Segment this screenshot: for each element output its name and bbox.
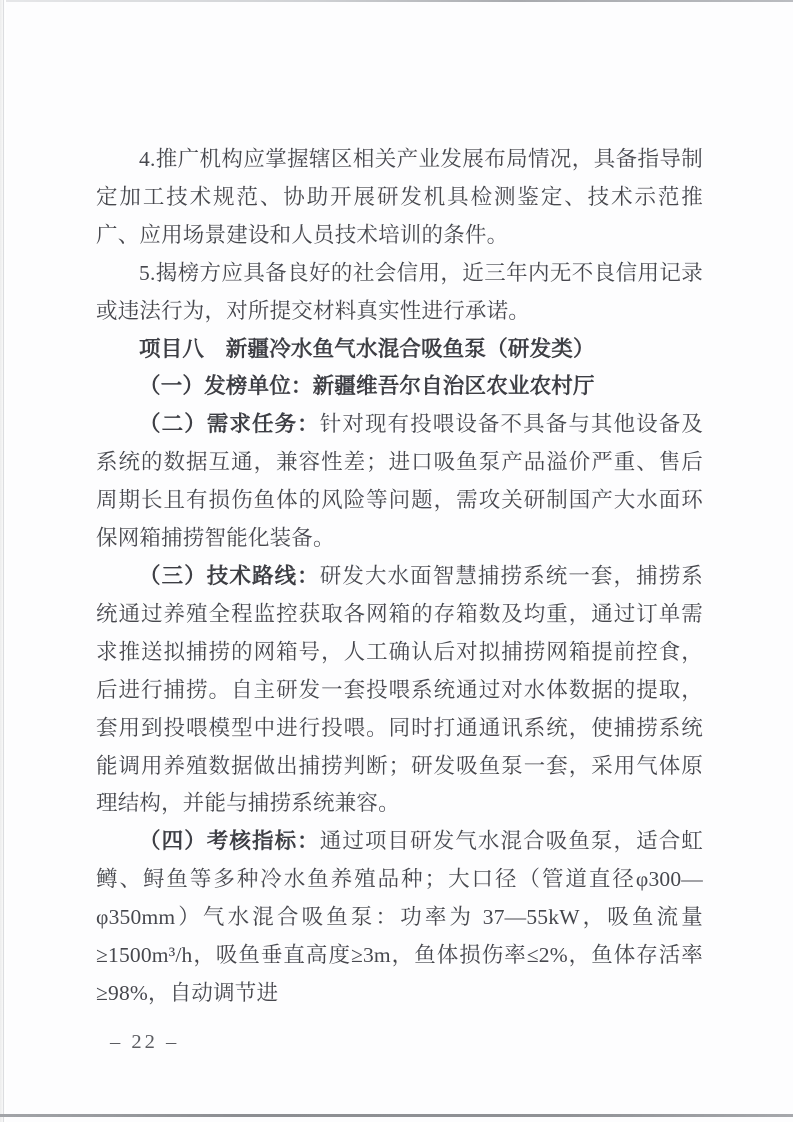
scan-seam-line [3, 0, 4, 1122]
paragraph-heading-segment: 项目八 新疆冷水鱼气水混合吸鱼泵（研发类） [139, 337, 595, 361]
paragraph-heading-segment: （二）需求任务： [139, 412, 320, 436]
paragraph-heading-segment: （四）考核指标： [139, 829, 320, 853]
scan-edge-top [0, 0, 793, 2]
paragraph-heading-segment: （三）技术路线： [139, 564, 320, 588]
paragraph-text-segment: 5.揭榜方应具备良好的社会信用，近三年内无不良信用记录或违法行为，对所提交材料真… [96, 261, 703, 323]
paragraph-text-segment: 4.推广机构应掌握辖区相关产业发展布局情况，具备指导制定加工技术规范、协助开展研… [96, 147, 703, 247]
paragraph-section-4-assessment-indicators: （四）考核指标：通过项目研发气水混合吸鱼泵，适合虹鳟、鲟鱼等多种冷水鱼养殖品种；… [96, 823, 703, 1013]
paragraph-section-3-technical-route: （三）技术路线：研发大水面智慧捕捞系统一套，捕捞系统通过养殖全程监控获取各网箱的… [96, 558, 703, 823]
paragraph-project-8-title: 项目八 新疆冷水鱼气水混合吸鱼泵（研发类） [96, 331, 703, 369]
document-body: 4.推广机构应掌握辖区相关产业发展布局情况，具备指导制定加工技术规范、协助开展研… [96, 141, 703, 1013]
scan-edge-bottom [0, 1114, 793, 1117]
paragraph-section-2-demand-task: （二）需求任务：针对现有投喂设备不具备与其他设备及系统的数据互通，兼容性差；进口… [96, 406, 703, 558]
scanned-document-page: 4.推广机构应掌握辖区相关产业发展布局情况，具备指导制定加工技术规范、协助开展研… [0, 0, 793, 1122]
paragraph-condition-clause-5: 5.揭榜方应具备良好的社会信用，近三年内无不良信用记录或违法行为，对所提交材料真… [96, 255, 703, 331]
paragraph-text-segment: 研发大水面智慧捕捞系统一套，捕捞系统通过养殖全程监控获取各网箱的存箱数及均重，通… [96, 564, 703, 815]
paragraph-condition-clause-4: 4.推广机构应掌握辖区相关产业发展布局情况，具备指导制定加工技术规范、协助开展研… [96, 141, 703, 255]
paragraph-text-segment: 通过项目研发气水混合吸鱼泵，适合虹鳟、鲟鱼等多种冷水鱼养殖品种；大口径（管道直径… [96, 829, 703, 1005]
paragraph-heading-segment: （一）发榜单位：新疆维吾尔自治区农业农村厅 [139, 374, 595, 398]
paragraph-section-1-issuing-unit: （一）发榜单位：新疆维吾尔自治区农业农村厅 [96, 368, 703, 406]
page-number: – 22 – [110, 1031, 179, 1054]
